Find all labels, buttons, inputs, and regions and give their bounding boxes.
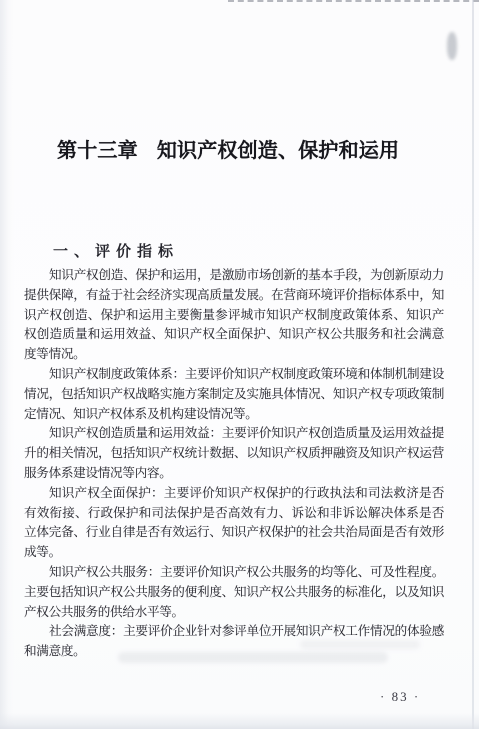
paragraph: 知识产权公共服务：主要评价知识产权公共服务的均等化、可及性程度。主要包括知识产权… (24, 563, 444, 622)
page-background: 第十三章知识产权创造、保护和运用 一、评价指标 知识产权创造、保护和运用，是激励… (0, 0, 479, 729)
body-line: 定情况、知识产权体系及机构建设情况等。 (24, 405, 444, 425)
scan-left-edge-shade (0, 0, 14, 729)
body-line: 服务体系建设情况等内容。 (24, 464, 444, 484)
body-line: 社会满意度：主要评价企业针对参评单位开展知识产权工作情况的体验感 (24, 622, 444, 642)
body-paragraphs: 知识产权创造、保护和运用，是激励市场创新的基本手段，为创新原动力提供保障，有益于… (24, 266, 444, 662)
paragraph: 知识产权全面保护：主要评价知识产权保护的行政执法和司法救济是否有效衔接、行政保护… (24, 484, 444, 563)
body-line: 知识产权创造质量和运用效益：主要评价知识产权创造质量及运用效益提 (24, 424, 444, 444)
paragraph: 知识产权制度政策体系：主要评价知识产权制度政策环境和体制机制建设情况，包括知识产… (24, 365, 444, 424)
paragraph: 知识产权创造、保护和运用，是激励市场创新的基本手段，为创新原动力提供保障，有益于… (24, 266, 444, 365)
scan-top-edge-artifact (228, 0, 479, 2)
body-line: 成等。 (24, 543, 444, 563)
chapter-number-label: 第十三章 (57, 140, 138, 162)
section-heading: 一、评价指标 (53, 240, 179, 261)
body-line: 知识产权创造、保护和运用，是激励市场创新的基本手段，为创新原动力 (24, 266, 444, 286)
chapter-title: 第十三章知识产权创造、保护和运用 (57, 137, 399, 165)
body-line: 提供保障，有益于社会经济实现高质量发展。在营商环境评价指标体系中，知 (24, 286, 444, 306)
paragraph: 社会满意度：主要评价企业针对参评单位开展知识产权工作情况的体验感和满意度。 (24, 622, 444, 662)
body-line: 升的相关情况，包括知识产权统计数据、以知识产权质押融资及知识产权运营 (24, 444, 444, 464)
page-number: · 83 · (380, 689, 420, 705)
body-line: 立体完备、行业自律是否有效运行、知识产权保护的社会共治局面是否有效形 (24, 523, 444, 543)
paragraph: 知识产权创造质量和运用效益：主要评价知识产权创造质量及运用效益提升的相关情况，包… (24, 424, 444, 483)
scan-right-edge-line (472, 0, 474, 729)
chapter-title-text: 知识产权创造、保护和运用 (157, 140, 399, 162)
body-line: 产权公共服务的供给水平等。 (24, 603, 444, 623)
scan-bottom-edge-shade (0, 713, 479, 729)
body-line: 主要包括知识产权公共服务的便利度、知识产权公共服务的标准化，以及知识 (24, 583, 444, 603)
scan-smudge-artifact (447, 32, 457, 60)
body-line: 有效衔接、行政保护和司法保护是否高效有力、诉讼和非诉讼解决体系是否 (24, 504, 444, 524)
body-line: 知识产权制度政策体系：主要评价知识产权制度政策环境和体制机制建设 (24, 365, 444, 385)
body-line: 和满意度。 (24, 642, 444, 662)
body-line: 度等情况。 (24, 345, 444, 365)
body-line: 权创造质量和运用效益、知识产权全面保护、知识产权公共服务和社会满意 (24, 325, 444, 345)
body-line: 知识产权全面保护：主要评价知识产权保护的行政执法和司法救济是否 (24, 484, 444, 504)
scanned-book-page: { "page": { "chapter_label": "第十三章", "ch… (0, 0, 479, 729)
body-line: 识产权创造、保护和运用主要衡量参评城市知识产权制度政策体系、知识产 (24, 306, 444, 326)
body-line: 知识产权公共服务：主要评价知识产权公共服务的均等化、可及性程度。 (24, 563, 444, 583)
body-line: 情况，包括知识产权战略实施方案制定及实施具体情况、知识产权专项政策制 (24, 385, 444, 405)
